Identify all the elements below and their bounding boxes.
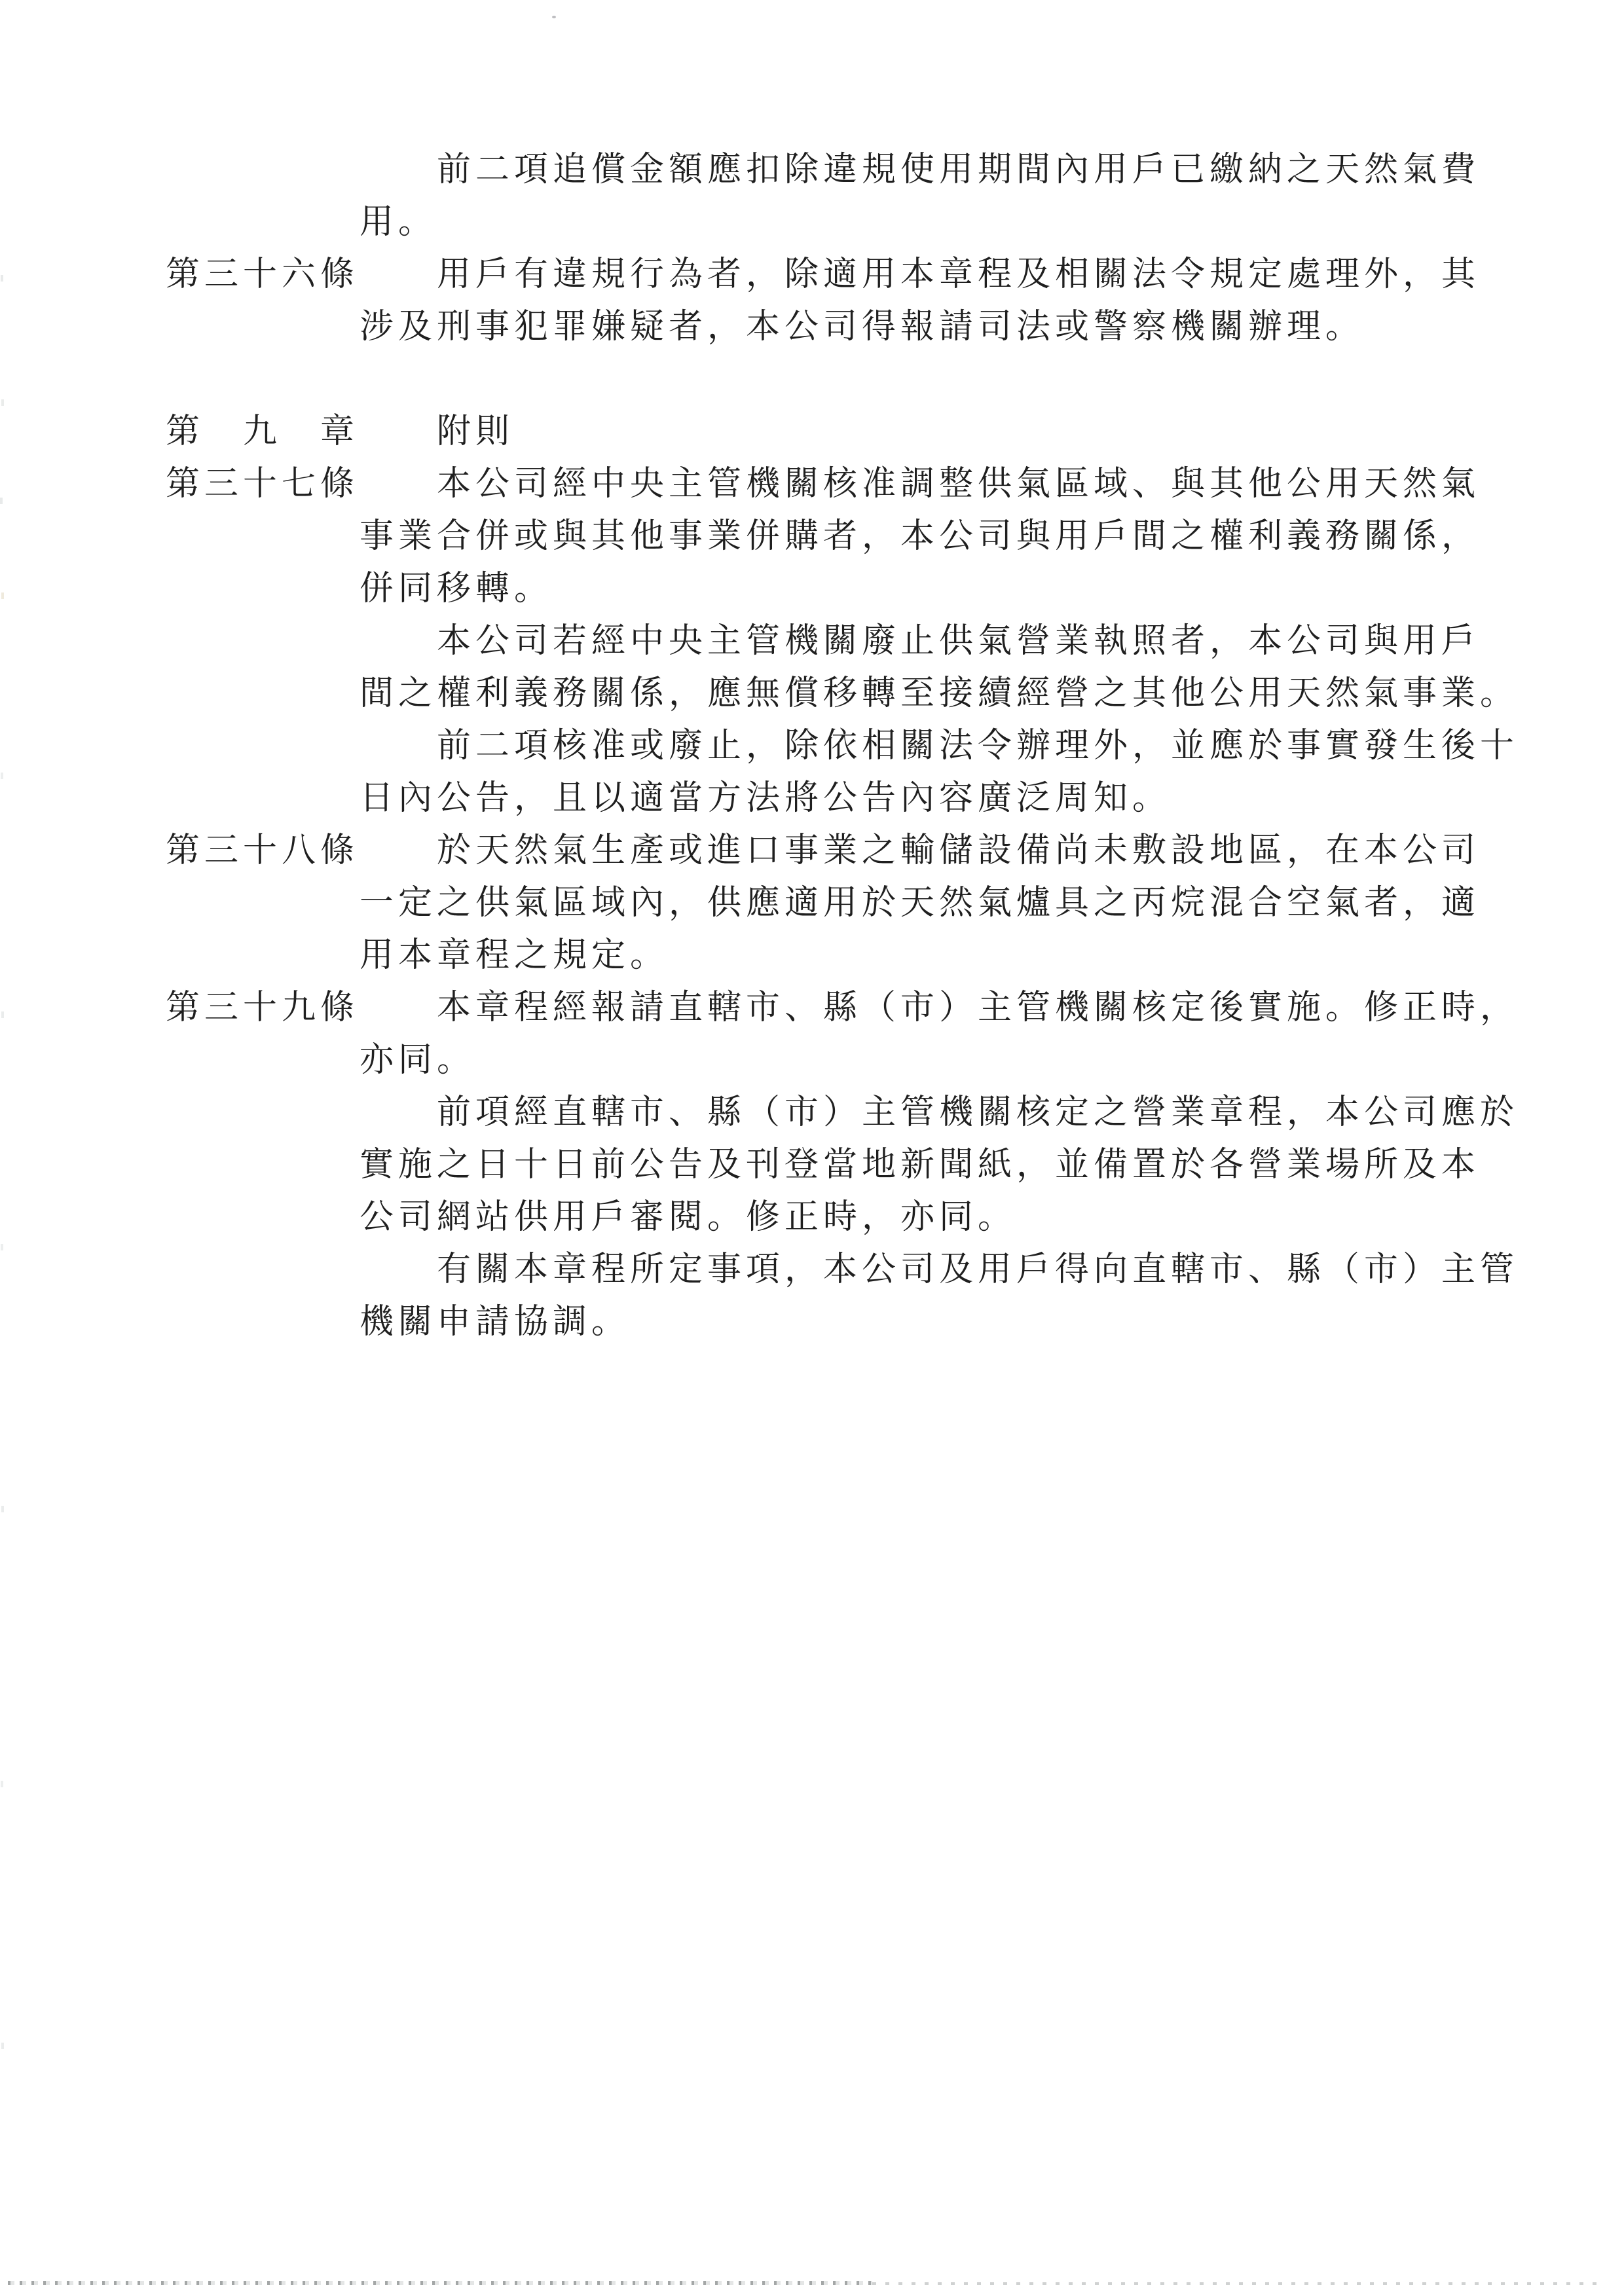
article-number-label: 第三十八條: [166, 824, 359, 877]
line-text: 一定之供氣區域內，供應適用於天然氣爐具之丙烷混合空氣者，適: [360, 877, 1480, 929]
line-text: 事業合併或與其他事業併購者，本公司與用戶間之權利義務關係，: [360, 510, 1480, 562]
line-text: 本公司若經中央主管機關廢止供氣營業執照者，本公司與用戶: [437, 615, 1480, 667]
line-text: 實施之日十日前公告及刊登當地新聞紙，並備置於各營業場所及本: [360, 1139, 1480, 1191]
scan-artifact-bottom-edge: [8, 2281, 872, 2285]
text-line: 用本章程之規定。: [0, 929, 1624, 981]
text-line: 實施之日十日前公告及刊登當地新聞紙，並備置於各營業場所及本: [0, 1139, 1624, 1191]
text-line: 第三十七條 本公司經中央主管機關核准調整供氣區域、與其他公用天然氣: [0, 458, 1624, 510]
document-text-block: 前二項追償金額應扣除違規使用期間內用戶已繳納之天然氣費 用。 第三十六條 用戶有…: [0, 143, 1624, 1348]
text-line: 一定之供氣區域內，供應適用於天然氣爐具之丙烷混合空氣者，適: [0, 877, 1624, 929]
text-line: 第三十八條 於天然氣生產或進口事業之輸儲設備尚未敷設地區，在本公司: [0, 824, 1624, 877]
chapter-title: 附則: [437, 405, 514, 458]
line-text: 用。: [360, 196, 437, 248]
line-text: 前二項核准或廢止，除依相關法令辦理外，並應於事實發生後十: [437, 720, 1519, 772]
document-page: 前二項追償金額應扣除違規使用期間內用戶已繳納之天然氣費 用。 第三十六條 用戶有…: [0, 0, 1624, 2296]
article-number-label: 第三十九條: [166, 981, 359, 1034]
article-number-label: 第三十七條: [166, 458, 359, 510]
line-text: 涉及刑事犯罪嫌疑者，本公司得報請司法或警察機關辦理。: [360, 301, 1364, 353]
text-line: 公司網站供用戶審閱。修正時，亦同。: [0, 1191, 1624, 1243]
line-text: 前項經直轄市、縣（市）主管機關核定之營業章程，本公司應於: [437, 1086, 1519, 1139]
text-line: 第三十六條 用戶有違規行為者，除適用本章程及相關法令規定處理外，其: [0, 248, 1624, 301]
text-line: 涉及刑事犯罪嫌疑者，本公司得報請司法或警察機關辦理。: [0, 301, 1624, 353]
chapter-number-label: 第 九 章: [166, 405, 359, 458]
scan-artifact-speck: [552, 16, 556, 18]
chapter-heading-line: 第 九 章 附則: [0, 405, 1624, 458]
text-line: 日內公告，且以適當方法將公告內容廣泛周知。: [0, 772, 1624, 824]
line-text: 於天然氣生產或進口事業之輸儲設備尚未敷設地區，在本公司: [437, 824, 1480, 877]
text-line: 亦同。: [0, 1034, 1624, 1086]
scan-artifact-left-edge-noise: [0, 0, 3, 7]
text-line: 前二項核准或廢止，除依相關法令辦理外，並應於事實發生後十: [0, 720, 1624, 772]
line-text: 用戶有違規行為者，除適用本章程及相關法令規定處理外，其: [437, 248, 1480, 301]
blank-line: [0, 353, 1624, 405]
text-line: 間之權利義務關係，應無償移轉至接續經營之其他公用天然氣事業。: [0, 667, 1624, 720]
line-text: 有關本章程所定事項，本公司及用戶得向直轄市、縣（市）主管: [437, 1243, 1519, 1296]
line-text: 機關申請協調。: [360, 1296, 630, 1348]
text-line: 本公司若經中央主管機關廢止供氣營業執照者，本公司與用戶: [0, 615, 1624, 667]
line-text: 日內公告，且以適當方法將公告內容廣泛周知。: [360, 772, 1171, 824]
line-text: 本公司經中央主管機關核准調整供氣區域、與其他公用天然氣: [437, 458, 1480, 510]
text-line: 第三十九條 本章程經報請直轄市、縣（市）主管機關核定後實施。修正時，: [0, 981, 1624, 1034]
text-line: 機關申請協調。: [0, 1296, 1624, 1348]
text-line: 前項經直轄市、縣（市）主管機關核定之營業章程，本公司應於: [0, 1086, 1624, 1139]
line-text: 亦同。: [360, 1034, 475, 1086]
line-text: 本章程經報請直轄市、縣（市）主管機關核定後實施。修正時，: [437, 981, 1519, 1034]
text-line: 前二項追償金額應扣除違規使用期間內用戶已繳納之天然氣費: [0, 143, 1624, 196]
text-line: 有關本章程所定事項，本公司及用戶得向直轄市、縣（市）主管: [0, 1243, 1624, 1296]
line-text: 用本章程之規定。: [360, 929, 669, 981]
line-text: 前二項追償金額應扣除違規使用期間內用戶已繳納之天然氣費: [437, 143, 1480, 196]
text-line: 併同移轉。: [0, 562, 1624, 615]
text-line: 事業合併或與其他事業併購者，本公司與用戶間之權利義務關係，: [0, 510, 1624, 562]
line-text: 併同移轉。: [360, 562, 553, 615]
article-number-label: 第三十六條: [166, 248, 359, 301]
line-text: 間之權利義務關係，應無償移轉至接續經營之其他公用天然氣事業。: [360, 667, 1519, 720]
scan-artifact-bottom-edge: [872, 2282, 1606, 2285]
text-line: 用。: [0, 196, 1624, 248]
line-text: 公司網站供用戶審閱。修正時，亦同。: [360, 1191, 1016, 1243]
